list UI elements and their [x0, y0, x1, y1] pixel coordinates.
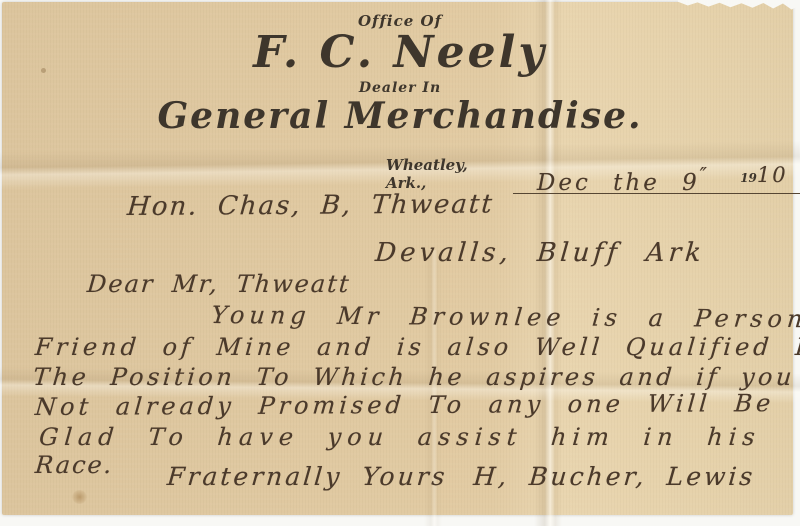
letterhead-business-name: F. C. Neely: [0, 27, 800, 78]
date-fill-line: Dec the 9″: [513, 163, 740, 194]
dateline: Wheatley, Ark., Dec the 9″ 1910: [386, 156, 800, 194]
closing-line: Fraternally YoursH, Bucher, Lewis: [166, 462, 757, 491]
body-line: The Position To Which he aspires and if …: [32, 363, 800, 391]
recipient-name-line: Hon. Chas, B, Thweatt: [126, 189, 495, 222]
letterhead-business-type: General Merchandise.: [0, 95, 800, 137]
body-line: Friend of Mine and is also Well Qualifie…: [34, 333, 800, 361]
body-line: Race.: [34, 451, 115, 479]
body-line: Young Mr Brownlee is a Personal: [210, 301, 800, 333]
letterhead-dealer-line: Dealer In: [0, 80, 800, 96]
closing-phrase: Fraternally Yours: [166, 462, 449, 491]
salutation-line: Dear Mr, Thweatt: [86, 270, 352, 298]
scanned-letter-page: Office Of F. C. Neely Dealer In General …: [0, 0, 800, 526]
day-suffix-marks: ″: [700, 163, 710, 186]
signature: H, Bucher, Lewis: [472, 462, 756, 491]
handwritten-date: Dec the 9″: [513, 170, 710, 196]
place-label: Wheatley, Ark.,: [386, 156, 513, 194]
body-line: Glad To have you assist him in his: [38, 423, 762, 451]
year-fill-line: 1910: [740, 163, 800, 194]
handwritten-year: 10: [757, 163, 788, 187]
recipient-address-line: Devalls, Bluff Ark: [374, 238, 706, 268]
printed-year-prefix: 19: [740, 171, 757, 185]
body-line: Not already Promised To any one Will Be: [34, 389, 776, 421]
